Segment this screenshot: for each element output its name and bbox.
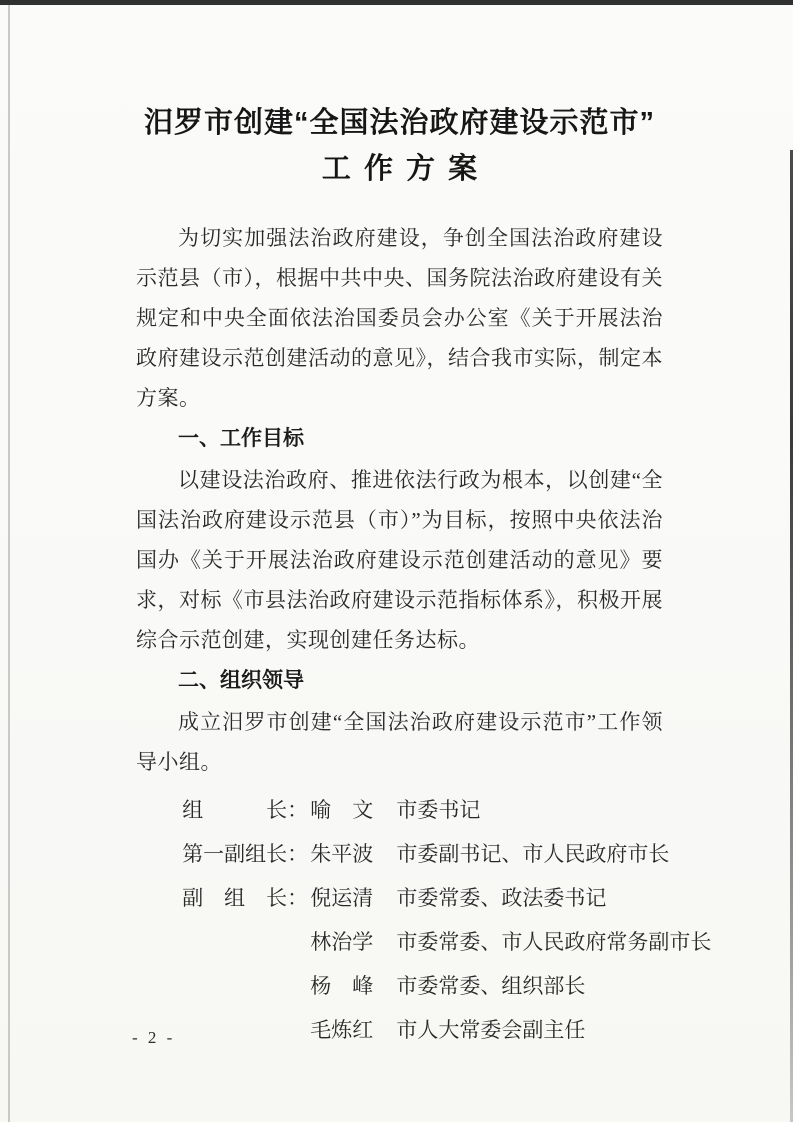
roster-row: 组 长： 喻 文 市委书记 <box>182 788 663 832</box>
document-content: 汨罗市创建“全国法治政府建设示范市” 工作方案 为切实加强法治政府建设，争创全国… <box>136 0 663 1052</box>
page-number: - 2 - <box>132 1028 175 1048</box>
roster-title: 市委副书记、市人民政府市长 <box>396 832 669 876</box>
leadership-roster: 组 长： 喻 文 市委书记 第一副组长： 朱平波 市委副书记、市人民政府市长 副… <box>182 788 663 1052</box>
roster-role <box>182 964 310 1008</box>
intro-paragraph: 为切实加强法治政府建设，争创全国法治政府建设示范县（市），根据中共中央、国务院法… <box>136 218 663 418</box>
roster-title: 市委常委、组织部长 <box>396 964 585 1008</box>
scanned-document-page: 汨罗市创建“全国法治政府建设示范市” 工作方案 为切实加强法治政府建设，争创全国… <box>0 0 793 1122</box>
document-title-line1: 汨罗市创建“全国法治政府建设示范市” <box>136 100 663 146</box>
roster-row: 毛炼红 市人大常委会副主任 <box>182 1008 663 1052</box>
roster-row: 林治学 市委常委、市人民政府常务副市长 <box>182 920 663 964</box>
document-title-line2: 工作方案 <box>136 146 663 192</box>
roster-title: 市人大常委会副主任 <box>396 1008 585 1052</box>
roster-title: 市委常委、市人民政府常务副市长 <box>396 920 711 964</box>
roster-role: 组 长： <box>182 788 310 832</box>
roster-name: 朱平波 <box>310 832 373 876</box>
roster-name: 喻 文 <box>310 788 373 832</box>
section-heading-1: 一、工作目标 <box>136 418 663 460</box>
roster-name: 林治学 <box>310 920 373 964</box>
roster-role: 第一副组长： <box>182 832 310 876</box>
roster-row: 第一副组长： 朱平波 市委副书记、市人民政府市长 <box>182 832 663 876</box>
roster-role <box>182 1008 310 1052</box>
roster-name: 毛炼红 <box>310 1008 373 1052</box>
roster-row: 副 组 长： 倪运清 市委常委、政法委书记 <box>182 876 663 920</box>
section-2-paragraph: 成立汨罗市创建“全国法治政府建设示范市”工作领导小组。 <box>136 702 663 782</box>
roster-role <box>182 920 310 964</box>
roster-name: 倪运清 <box>310 876 373 920</box>
roster-name: 杨 峰 <box>310 964 373 1008</box>
scan-edge-left <box>8 5 10 1122</box>
section-heading-2: 二、组织领导 <box>136 660 663 702</box>
roster-row: 杨 峰 市委常委、组织部长 <box>182 964 663 1008</box>
roster-title: 市委常委、政法委书记 <box>396 876 606 920</box>
roster-title: 市委书记 <box>396 788 480 832</box>
roster-role: 副 组 长： <box>182 876 310 920</box>
section-1-paragraph: 以建设法治政府、推进依法行政为根本，以创建“全国法治政府建设示范县（市）”为目标… <box>136 460 663 660</box>
